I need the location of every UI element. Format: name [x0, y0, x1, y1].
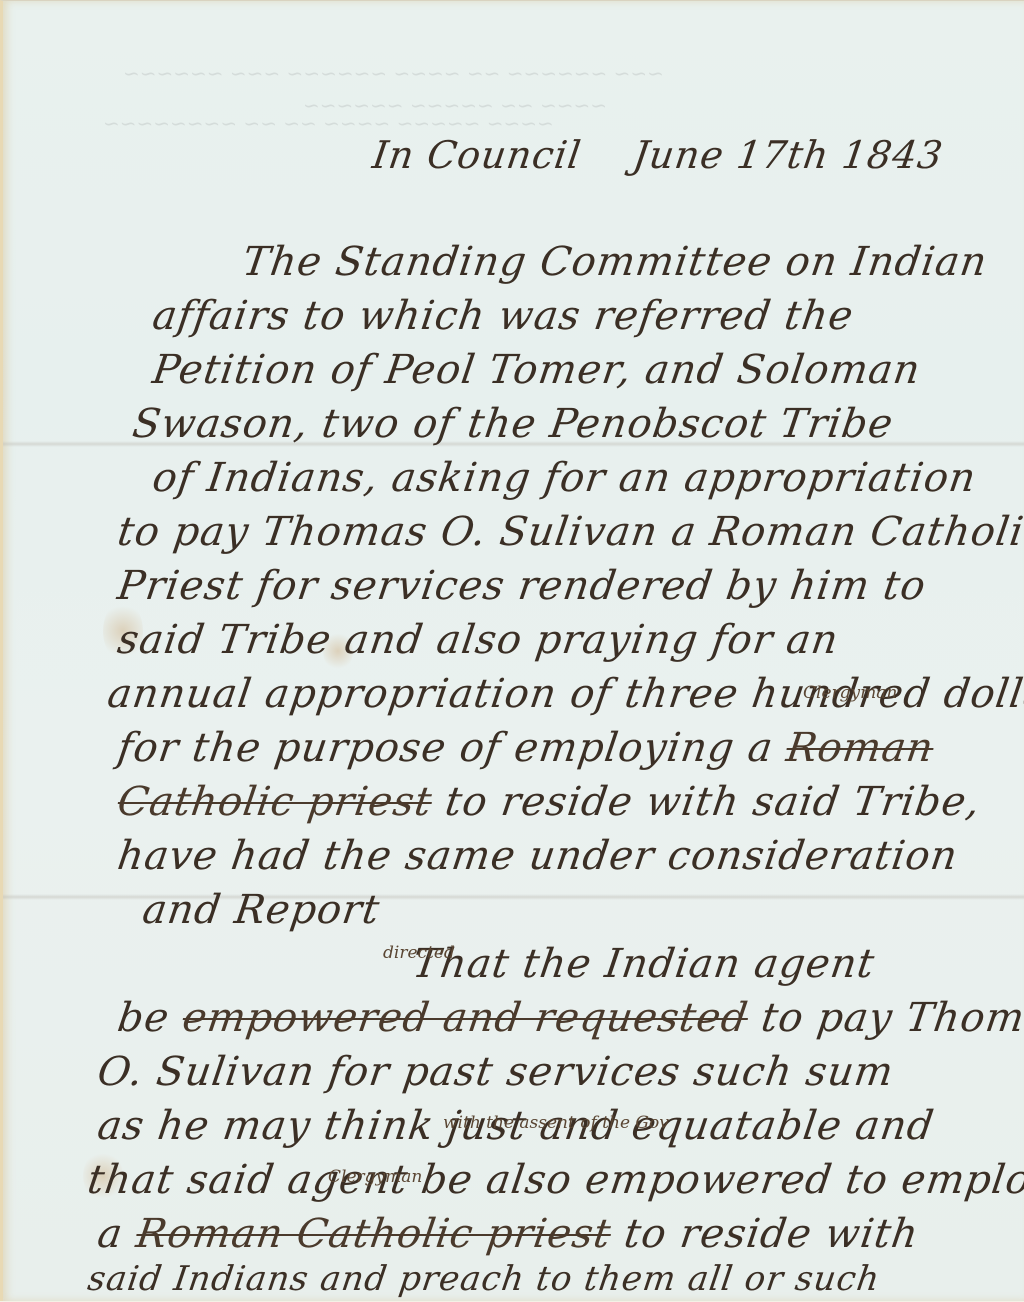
struck-text: empowered and requested: [180, 995, 751, 1041]
body-line: Petition of Peol Tomer, and Soloman: [150, 347, 924, 393]
body-line: Catholic priest to reside with said Trib…: [115, 779, 984, 825]
struck-text: Catholic priest: [115, 779, 435, 825]
document-heading: In Council June 17th 1843: [370, 133, 946, 177]
body-line: and Report: [140, 887, 383, 933]
bleed-through-text: ~~~~ ~~~~~ ~~~~ ~~ ~~ ~~~~~~~~: [103, 111, 554, 135]
body-line: of Indians, asking for an appropriation: [150, 455, 979, 501]
body-line: a Roman Catholic priest to reside with: [95, 1211, 922, 1257]
body-line: that said agent be also empowered to emp…: [85, 1157, 1024, 1203]
line-text: for the purpose of employing a: [115, 725, 777, 771]
line-text: be: [115, 995, 173, 1041]
body-line: That the Indian agent: [410, 941, 878, 987]
line-text: be also empowered to employ: [418, 1157, 1024, 1203]
line-text: a: [95, 1211, 126, 1257]
body-line: The Standing Committee on Indian: [240, 239, 991, 285]
insertion-clergyman: Clergyman: [328, 1167, 422, 1187]
insertion-with-assent: with the assent of the Gov: [443, 1113, 669, 1133]
line-text: to reside with: [621, 1211, 921, 1257]
body-line: O. Sulivan for past services such sum: [95, 1049, 897, 1095]
insertion-clergyman: Clergyman: [803, 683, 897, 703]
body-line: said Tribe and also praying for an: [115, 617, 842, 663]
body-line: be empowered and requested to pay Thomas: [115, 995, 1024, 1041]
manuscript-page: ~~~ ~~~~~~ ~~ ~~~~ ~~~~~~ ~~~ ~~~~~~ ~~~…: [0, 0, 1024, 1301]
body-line: affairs to which was referred the: [150, 293, 857, 339]
body-line: have had the same under consideration: [115, 833, 961, 879]
struck-text: Roman Catholic priest: [133, 1211, 614, 1257]
line-text: to reside with said Tribe,: [442, 779, 983, 825]
heading-place: In Council: [370, 133, 584, 177]
insertion-directed: directed: [383, 943, 455, 963]
body-line: Swason, two of the Penobscot Tribe: [130, 401, 897, 447]
body-line: said Indians and preach to them all or s…: [85, 1259, 882, 1299]
body-line: for the purpose of employing a Roman: [115, 725, 937, 771]
bleed-through-text: ~~~ ~~~~~~ ~~ ~~~~ ~~~~~~ ~~~ ~~~~~~: [123, 61, 664, 85]
body-line: to pay Thomas O. Sulivan a Roman Catholi…: [115, 509, 1024, 555]
struck-text: Roman: [784, 725, 937, 771]
line-text: to pay Thomas: [758, 995, 1024, 1041]
heading-date: June 17th 1843: [630, 133, 946, 177]
body-line: Priest for services rendered by him to: [115, 563, 929, 609]
